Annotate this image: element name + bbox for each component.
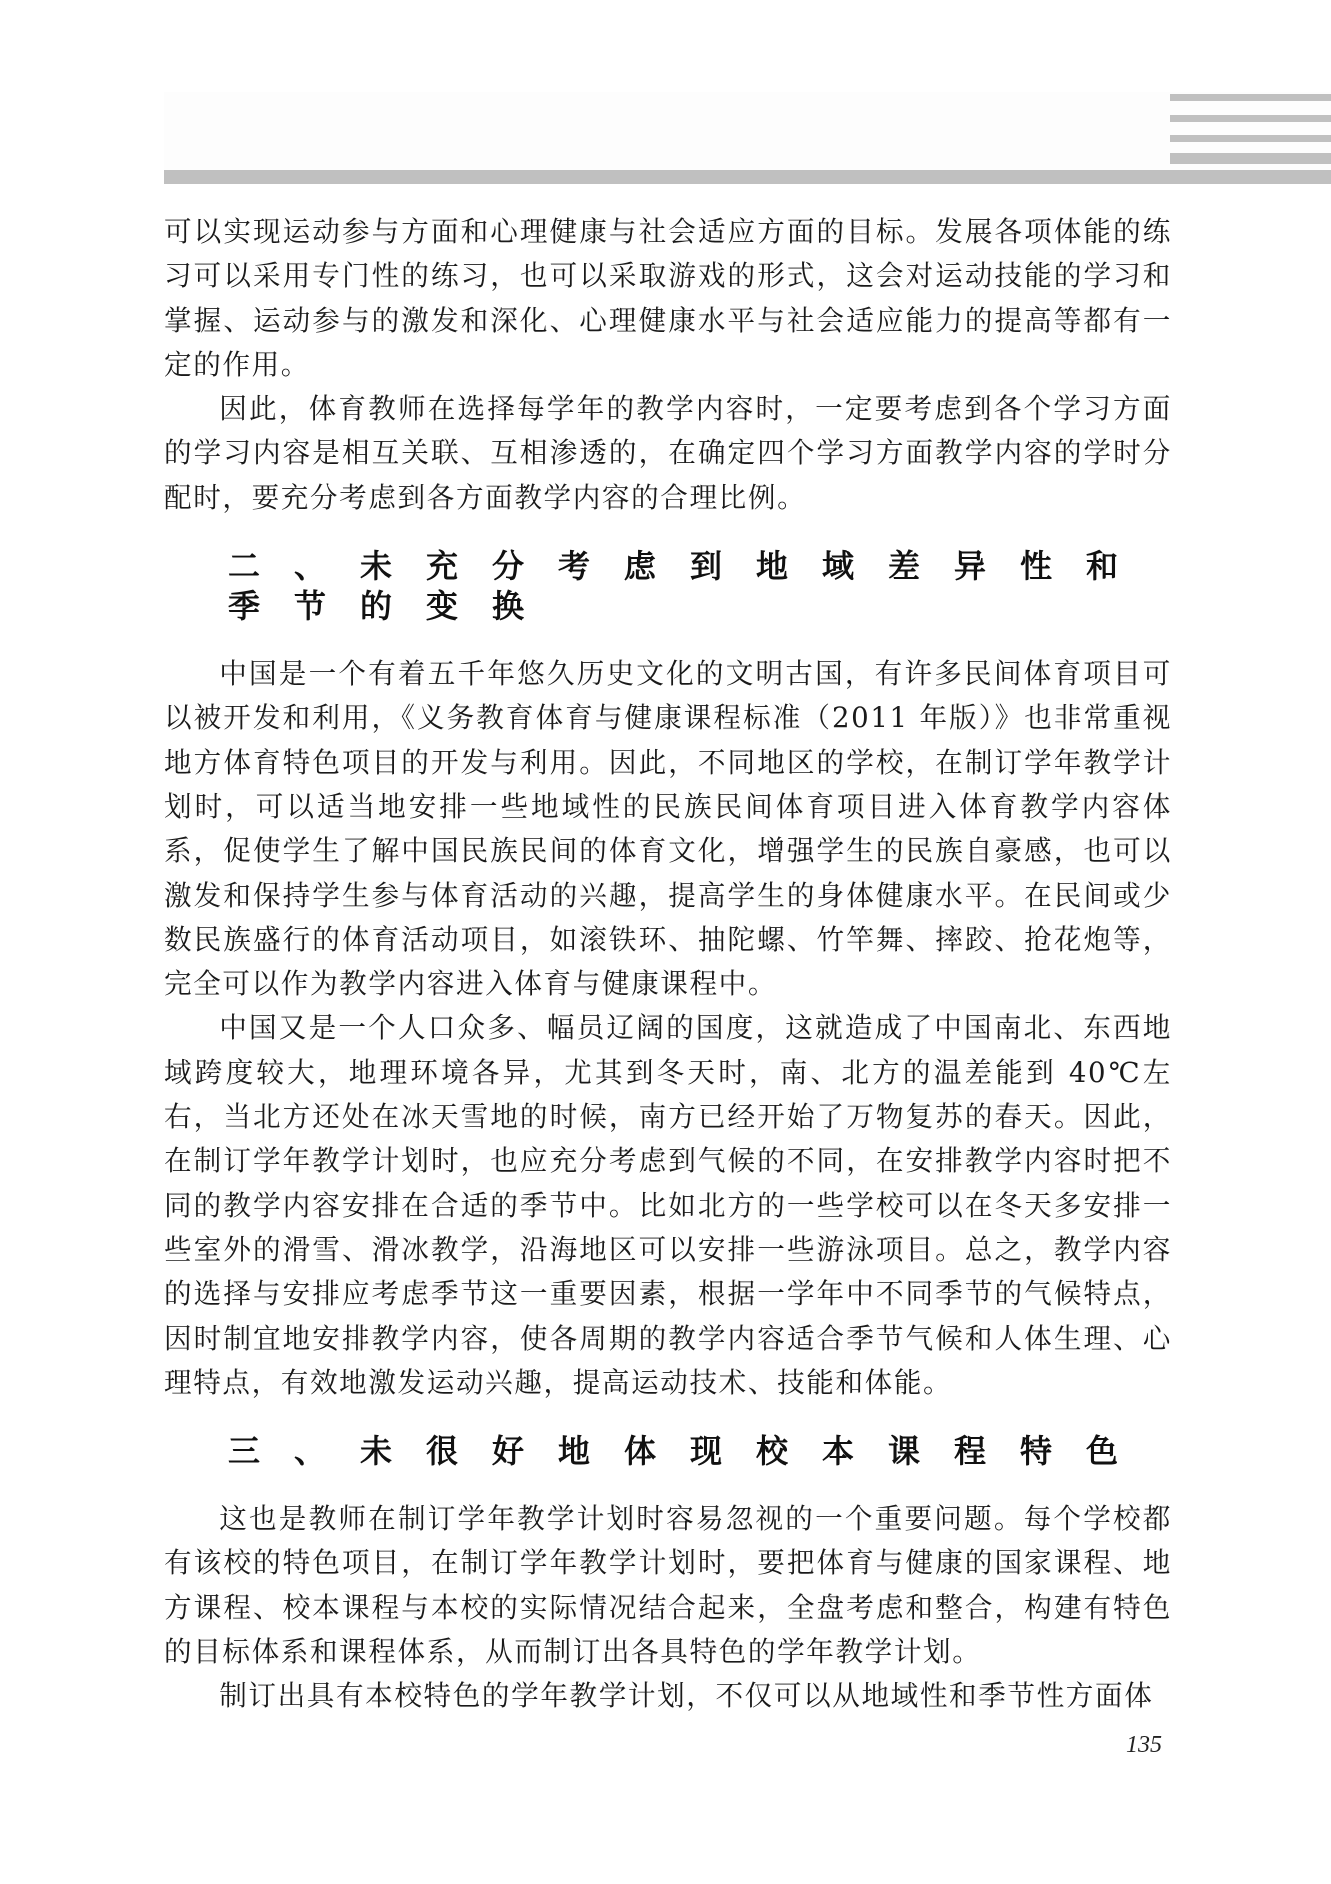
paragraph: 中国又是一个人口众多、幅员辽阔的国度，这就造成了中国南北、东西地域跨度较大，地理… [164,1006,1172,1405]
header-decor-bar [1170,115,1331,122]
header-decor-bar [1170,94,1331,101]
paragraph: 中国是一个有着五千年悠久历史文化的文明古国，有许多民间体育项目可以被开发和利用，… [164,652,1172,1006]
page-body: 可以实现运动参与方面和心理健康与社会适应方面的目标。发展各项体能的练习可以采用专… [164,210,1172,1719]
header-decor-bar [1170,135,1331,142]
paragraph: 这也是教师在制订学年教学计划时容易忽视的一个重要问题。每个学校都有该校的特色项目… [164,1497,1172,1674]
paragraph: 制订出具有本校特色的学年教学计划，不仅可以从地域性和季节性方面体 [164,1674,1172,1718]
section-heading-3: 三、未很好地体现校本课程特色 [164,1431,1172,1471]
section-heading-2: 二、未充分考虑到地域差异性和季节的变换 [164,546,1172,626]
paragraph: 因此，体育教师在选择每学年的教学内容时，一定要考虑到各个学习方面的学习内容是相互… [164,387,1172,520]
header-decor-bar [1170,153,1331,164]
header-rule [164,170,1331,184]
page-number: 135 [1126,1732,1162,1759]
paragraph: 可以实现运动参与方面和心理健康与社会适应方面的目标。发展各项体能的练习可以采用专… [164,210,1172,387]
header-background [164,92,1331,170]
